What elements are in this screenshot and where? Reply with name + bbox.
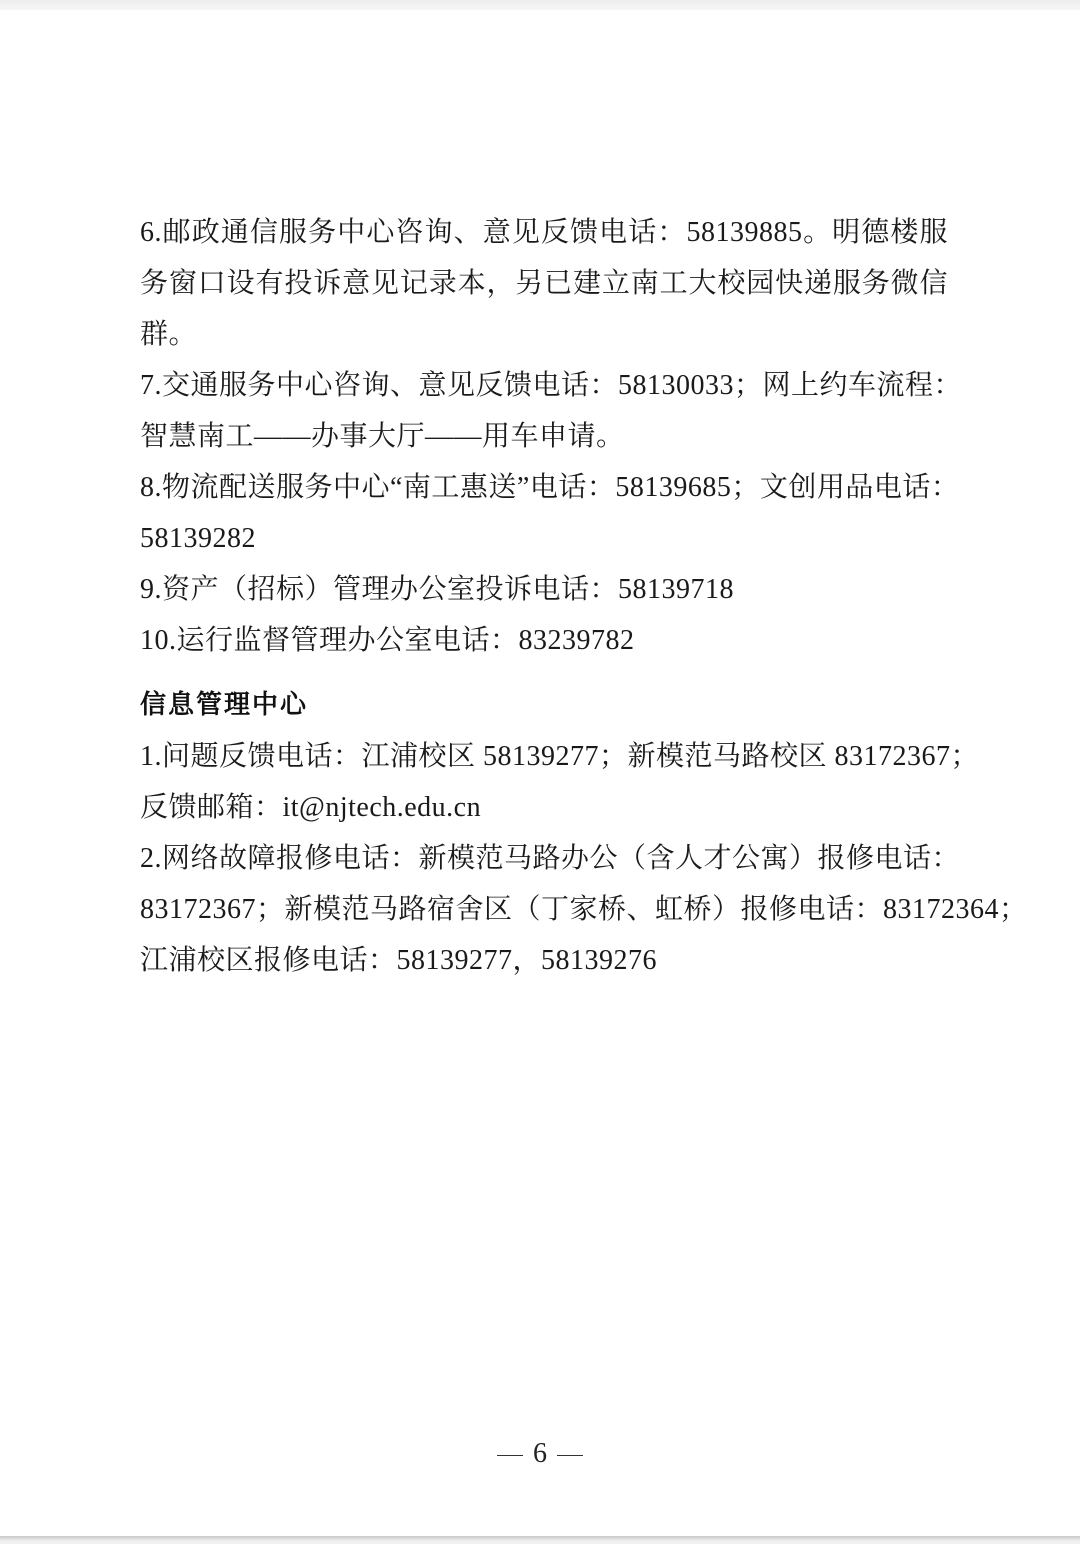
dash-decoration xyxy=(497,1455,523,1456)
list-item-supervision-office: 10.运行监督管理办公室电话：83239782 xyxy=(140,615,960,666)
text-line: 8.物流配送服务中心“南工惠送”电话：58139685；文创用品电话： xyxy=(140,462,948,513)
document-page: 6.邮政通信服务中心咨询、意见反馈电话：58139885。明德楼服 务窗口设有投… xyxy=(0,10,1080,1536)
list-item-feedback: 1.问题反馈电话：江浦校区 58139277；新模范马路校区 83172367；… xyxy=(140,731,960,833)
list-item-delivery-service: 8.物流配送服务中心“南工惠送”电话：58139685；文创用品电话： 5813… xyxy=(140,462,960,564)
section-title-info-center: 信息管理中心 xyxy=(140,680,960,731)
viewer-top-edge xyxy=(0,0,1080,10)
list-item-postal-service: 6.邮政通信服务中心咨询、意见反馈电话：58139885。明德楼服 务窗口设有投… xyxy=(140,207,960,360)
text-line: 6.邮政通信服务中心咨询、意见反馈电话：58139885。明德楼服 xyxy=(140,207,948,258)
text-line: 9.资产（招标）管理办公室投诉电话：58139718 xyxy=(140,564,960,615)
page-number: 6 xyxy=(0,1436,1080,1472)
page-content: 6.邮政通信服务中心咨询、意见反馈电话：58139885。明德楼服 务窗口设有投… xyxy=(140,207,960,986)
text-line: 务窗口设有投诉意见记录本，另已建立南工大校园快递服务微信 xyxy=(140,258,948,309)
list-item-network-repair: 2.网络故障报修电话：新模范马路办公（含人才公寓）报修电话： 83172367；… xyxy=(140,833,960,986)
text-line: 2.网络故障报修电话：新模范马路办公（含人才公寓）报修电话： xyxy=(140,833,948,884)
list-item-asset-office: 9.资产（招标）管理办公室投诉电话：58139718 xyxy=(140,564,960,615)
dash-decoration xyxy=(557,1455,583,1456)
text-line: 58139282 xyxy=(140,513,960,564)
text-line: 1.问题反馈电话：江浦校区 58139277；新模范马路校区 83172367； xyxy=(140,731,948,782)
text-line: 10.运行监督管理办公室电话：83239782 xyxy=(140,615,960,666)
viewer-bottom-edge xyxy=(0,1536,1080,1544)
text-line: 7.交通服务中心咨询、意见反馈电话：58130033；网上约车流程： xyxy=(140,360,948,411)
text-line: 群。 xyxy=(140,309,960,360)
page-number-value: 6 xyxy=(533,1438,547,1469)
list-item-transport-service: 7.交通服务中心咨询、意见反馈电话：58130033；网上约车流程： 智慧南工—… xyxy=(140,360,960,462)
text-line: 83172367；新模范马路宿舍区（丁家桥、虹桥）报修电话：83172364； xyxy=(140,884,948,935)
text-line: 江浦校区报修电话：58139277，58139276 xyxy=(140,935,960,986)
text-line: 反馈邮箱：it@njtech.edu.cn xyxy=(140,782,960,833)
text-line: 智慧南工——办事大厅——用车申请。 xyxy=(140,411,960,462)
